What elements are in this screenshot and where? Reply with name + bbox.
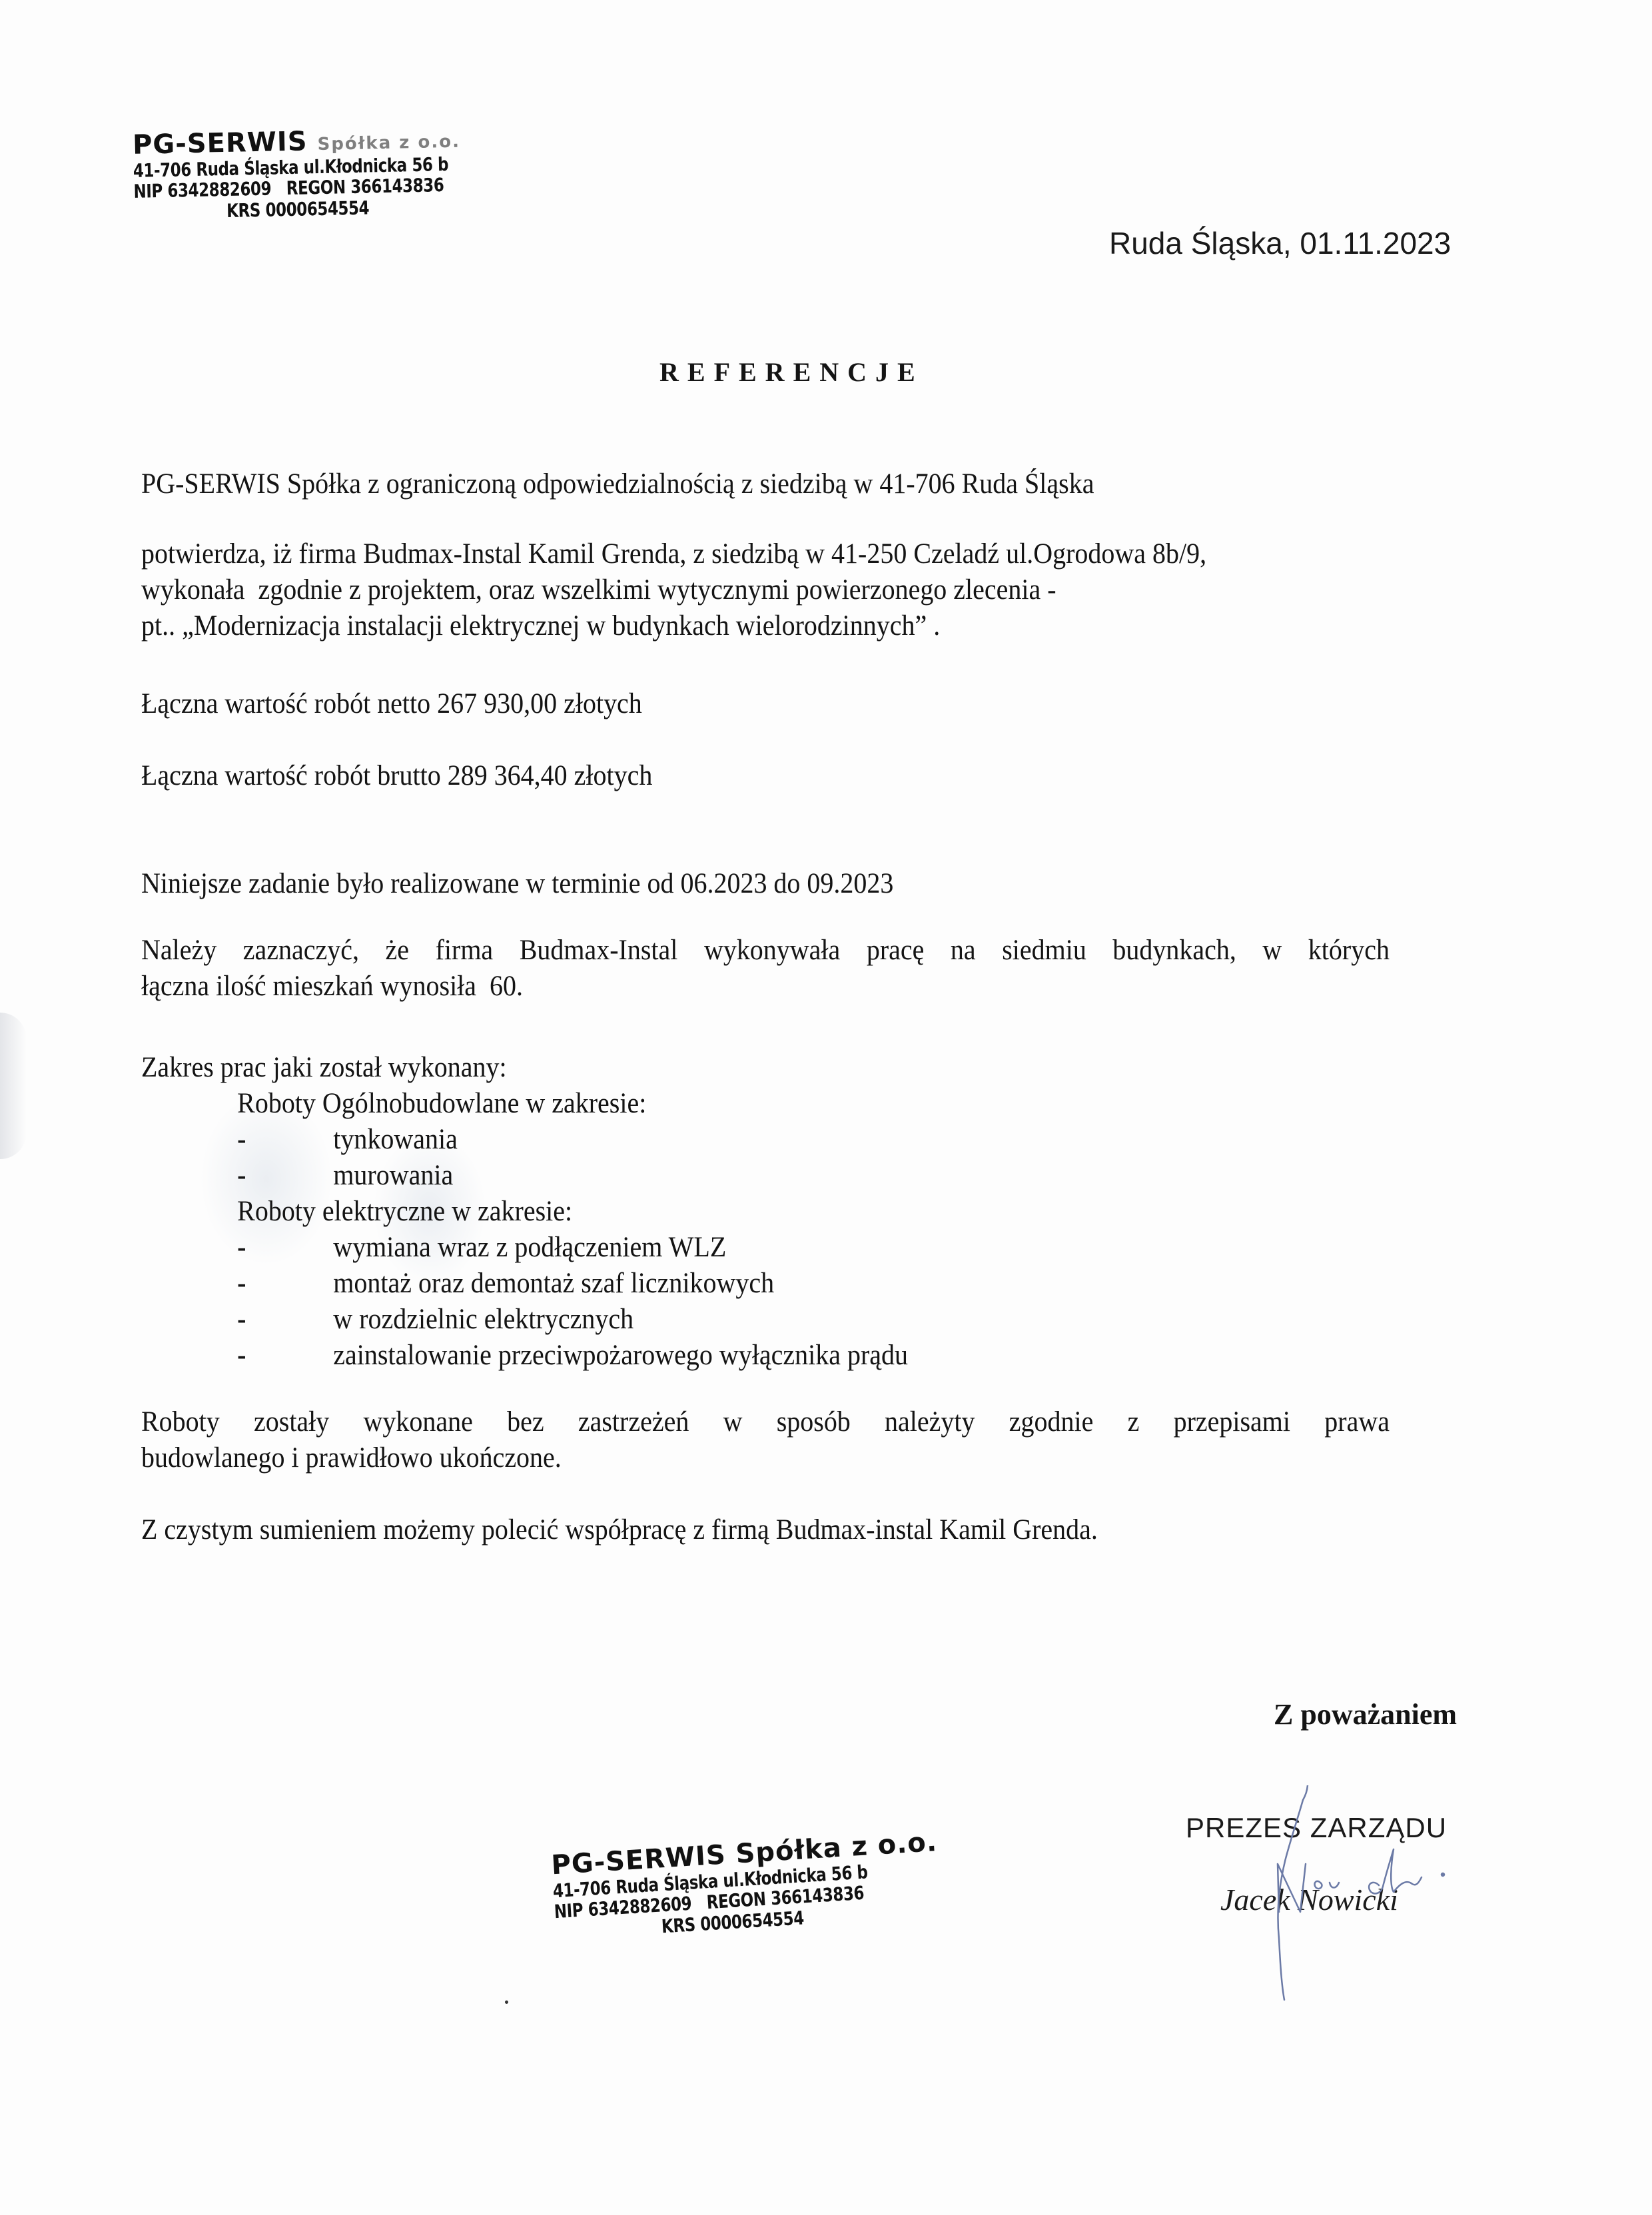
signature-block: PREZES ZARZĄDU Jacek Nowicki — [1179, 1785, 1512, 2012]
scope-item: - wymiana wraz z podłączeniem WLZ — [141, 1230, 1070, 1266]
note-line: łączna ilość mieszkań wynosiła 60. — [141, 969, 1390, 1005]
confirmation-line: potwierdza, iż firma Budmax-Instal Kamil… — [141, 536, 1390, 572]
dash-bullet-icon: - — [141, 1230, 333, 1266]
dash-bullet-icon: - — [141, 1266, 333, 1302]
scope-item-text: montaż oraz demontaż szaf licznikowych — [333, 1266, 774, 1302]
document-title: REFERENCJE — [659, 356, 924, 388]
scope-item: - zainstalowanie przeciwpożarowego wyłąc… — [141, 1338, 1070, 1374]
scope-item-text: zainstalowanie przeciwpożarowego wyłączn… — [333, 1338, 908, 1374]
scope-item-text: w rozdzielnic elektrycznych — [333, 1302, 633, 1338]
result-line: budowlanego i prawidłowo ukończone. — [141, 1440, 1390, 1476]
scope-item: - murowania — [141, 1158, 1070, 1194]
stamp-company-name-faded: Spółka z o.o. — [317, 132, 460, 155]
intro-paragraph: PG-SERWIS Spółka z ograniczoną odpowiedz… — [141, 466, 1390, 502]
stamp-company-name-visible: PG-SERWIS — [133, 126, 308, 160]
period-paragraph: Niniejsze zadanie było realizowane w ter… — [141, 866, 1390, 902]
company-stamp-bottom: PG-SERWIS Spółka z o.o. 41-706 Ruda Śląs… — [550, 1827, 955, 1943]
scope-item: - w rozdzielnic elektrycznych — [141, 1302, 1070, 1338]
period-text: Niniejsze zadanie było realizowane w ter… — [141, 866, 1390, 902]
confirmation-line: pt.. „Modernizacja instalacji elektryczn… — [141, 608, 1390, 644]
scope-group-title: Roboty elektryczne w zakresie: — [141, 1194, 1070, 1230]
scope-group-title: Roboty Ogólnobudowlane w zakresie: — [141, 1086, 1070, 1122]
scope-item-text: wymiana wraz z podłączeniem WLZ — [333, 1230, 726, 1266]
confirmation-paragraph: potwierdza, iż firma Budmax-Instal Kamil… — [141, 536, 1390, 644]
gross-value-text: Łączna wartość robót brutto 289 364,40 z… — [141, 758, 1390, 794]
net-value-paragraph: Łączna wartość robót netto 267 930,00 zł… — [141, 686, 1390, 722]
gross-value-paragraph: Łączna wartość robót brutto 289 364,40 z… — [141, 758, 1390, 794]
scope-of-work: Zakres prac jaki został wykonany: Roboty… — [141, 1050, 1070, 1374]
dash-bullet-icon: - — [141, 1122, 333, 1158]
scope-item-text: tynkowania — [333, 1122, 458, 1158]
scope-title: Zakres prac jaki został wykonany: — [141, 1050, 1070, 1086]
scan-speck — [505, 2000, 508, 2004]
intro-text: PG-SERWIS Spółka z ograniczoną odpowiedz… — [141, 466, 1390, 502]
scope-item-text: murowania — [333, 1158, 453, 1194]
dash-bullet-icon: - — [141, 1158, 333, 1194]
scope-item: - montaż oraz demontaż szaf licznikowych — [141, 1266, 1070, 1302]
signatory-role: PREZES ZARZĄDU — [1186, 1812, 1447, 1844]
letter-page: PG-SERWIS Spółka z o.o. 41-706 Ruda Śląs… — [0, 0, 1652, 2215]
scan-shadow — [0, 1013, 27, 1159]
closing-salutation: Z poważaniem — [1274, 1697, 1457, 1731]
stamp-company-name: PG-SERWIS Spółka z o.o. — [133, 123, 506, 161]
note-paragraph: Należy zaznaczyć, że firma Budmax-Instal… — [141, 933, 1390, 1005]
company-stamp-top: PG-SERWIS Spółka z o.o. 41-706 Ruda Śląs… — [133, 123, 508, 223]
recommendation-text: Z czystym sumieniem możemy polecić współ… — [141, 1512, 1390, 1548]
dash-bullet-icon: - — [141, 1338, 333, 1374]
net-value-text: Łączna wartość robót netto 267 930,00 zł… — [141, 686, 1390, 722]
result-line: Roboty zostały wykonane bez zastrzeżeń w… — [141, 1404, 1390, 1440]
dash-bullet-icon: - — [141, 1302, 333, 1338]
confirmation-line: wykonała zgodnie z projektem, oraz wszel… — [141, 572, 1390, 608]
place-date: Ruda Śląska, 01.11.2023 — [1109, 225, 1451, 261]
note-line: Należy zaznaczyć, że firma Budmax-Instal… — [141, 933, 1390, 969]
result-paragraph: Roboty zostały wykonane bez zastrzeżeń w… — [141, 1404, 1390, 1476]
scope-item: - tynkowania — [141, 1122, 1070, 1158]
recommendation-paragraph: Z czystym sumieniem możemy polecić współ… — [141, 1512, 1390, 1548]
signatory-name: Jacek Nowicki — [1220, 1882, 1398, 1917]
